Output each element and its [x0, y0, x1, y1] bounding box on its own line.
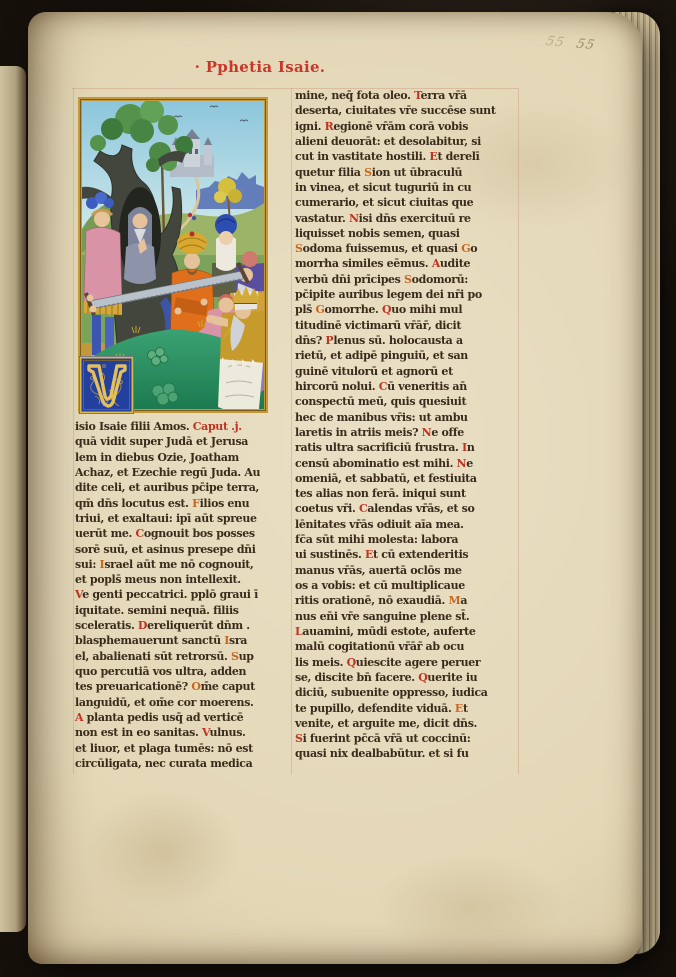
text-line: alieni deuorāt: et desolabitur, si — [295, 134, 519, 149]
text-line: venite, et arguite me, dicit dn̄s. — [295, 716, 519, 731]
text-line: lem in diebus Ozie, Joatham — [75, 450, 299, 465]
text-line: quo percutiā vos ultra, adden — [75, 664, 299, 679]
text-line: circūligata, nec curata medica — [75, 756, 299, 771]
text-column-left: isio Isaie filii Amos. Caput .j.quā vidi… — [75, 419, 299, 771]
text-line: coetus vr̄i. Calendas vr̄ās, et so — [295, 501, 519, 516]
text-line: hircorū nolui. Cū veneritis an̄ — [295, 379, 519, 394]
text-line: fc̄a sūt mihi molesta: labora — [295, 532, 519, 547]
text-line: igni. Regionē vr̄ām corā vobis — [295, 119, 519, 134]
text-line: tes alias non ferā. iniqui sunt — [295, 486, 519, 501]
text-line: qm̄ dn̄s locutus est. Filios enu — [75, 496, 299, 511]
illuminated-initial-V: V — [79, 356, 134, 414]
text-line: diciū, subuenite oppresso, iudica — [295, 685, 519, 700]
text-line: tes preuaricationē? Om̄e caput — [75, 679, 299, 694]
text-line: verbū dn̄i prīcipes Sodomorū: — [295, 272, 519, 287]
text-line: Si fuerint pc̄cā vr̄ā ut coccinū: — [295, 731, 519, 746]
text-line: omeniā, et sabbatū, et festiuita — [295, 471, 519, 486]
text-line: non est in eo sanitas. Vulnus. — [75, 725, 299, 740]
text-line: hec de manibus vr̄is: ut ambu — [295, 410, 519, 425]
text-line: sceleratis. Dereliquerūt dn̄m . — [75, 618, 299, 633]
text-line: dite celi, et auribus pc̄ipe terra, — [75, 480, 299, 495]
text-line: se, discite bn̄ facere. Querite iu — [295, 670, 519, 685]
text-line: pc̄ipite auribus legem dei nr̄i po — [295, 287, 519, 302]
text-line: A planta pedis usq̄ ad verticē — [75, 710, 299, 725]
text-line: laretis in atriis meis? Ne offe — [295, 425, 519, 440]
folio-number-dark: 55 — [575, 37, 597, 53]
text-line: guinē vitulorū et agnorū et — [295, 364, 519, 379]
initial-letter-text: V — [105, 395, 107, 397]
text-line: cumerario, et sicut ciuitas que — [295, 195, 519, 210]
text-line: Sodoma fuissemus, et quasi Go — [295, 241, 519, 256]
text-line: cut in vastitate hostili. Et derelī — [295, 149, 519, 164]
running-title: · Pphetia Isaie. — [150, 58, 370, 76]
text-line: blasphemauerunt sanctū Isra — [75, 633, 299, 648]
previous-page-edge — [0, 66, 26, 932]
text-line: iquitate. semini nequā. filiis — [75, 603, 299, 618]
text-line: os a vobis: et cū multiplicaue — [295, 578, 519, 593]
text-line: Ve genti peccatrici. pplō graui ī — [75, 587, 299, 602]
text-line: malū cogitationū vr̄ār̄ ab ocu — [295, 639, 519, 654]
prophet-isaiah-in-tree — [124, 207, 156, 284]
text-line: el, abalienati sūt retrorsū. Sup — [75, 649, 299, 664]
text-line: manus vr̄ās, auertā oclōs me — [295, 563, 519, 578]
text-line: sorē suū, et asinus presepe dn̄i — [75, 542, 299, 557]
text-line: mine, neq̄ fota oleo. Terra vr̄ā — [295, 88, 519, 103]
text-line: lis meis. Quiescite agere peruer — [295, 655, 519, 670]
text-line: titudinē victimarū vr̄ār̄, dicit — [295, 318, 519, 333]
text-line: quasi nix dealbabūtur. et si fu — [295, 746, 519, 761]
text-line: languidū, et om̄e cor moerens. — [75, 695, 299, 710]
manuscript-photo: { "page": { "running_title": "· Pphetia … — [0, 0, 676, 977]
text-line: et popls̄ meus non intellexit. — [75, 572, 299, 587]
text-line: morrha similes eēmus. Audite — [295, 256, 519, 271]
tiny-figure — [188, 213, 192, 217]
tiny-figure — [192, 216, 196, 220]
text-line: uerūt me. Cognouit bos posses — [75, 526, 299, 541]
text-line: et liuor, et plaga tumēs: nō est — [75, 741, 299, 756]
text-line: ritis orationē, nō exaudiā. Ma — [295, 593, 519, 608]
text-line: isio Isaie filii Amos. Caput .j. — [75, 419, 299, 434]
text-line: quetur filia Sion ut ūbraculū — [295, 165, 519, 180]
text-line: ratis ultra sacrificiū frustra. In — [295, 440, 519, 455]
text-line: sui: Israel aūt me nō cognouit, — [75, 557, 299, 572]
text-line: liquisset nobis semen, quasi — [295, 226, 519, 241]
text-line: ui sustinēs. Et cū extenderitis — [295, 547, 519, 562]
text-line: pls̄ Gomorrhe. Quo mihi mul — [295, 302, 519, 317]
text-line: rietū, et adipē pinguiū, et san — [295, 348, 519, 363]
text-line: Lauamini, mūdi estote, auferte — [295, 624, 519, 639]
text-line: vastatur. Nisi dn̄s exercituū re — [295, 211, 519, 226]
text-line: dn̄s? Plenus sū. holocausta a — [295, 333, 519, 348]
text-line: lēnitates vr̄ās odiuit aīa mea. — [295, 517, 519, 532]
folio-number-faint: 55 — [544, 34, 566, 50]
text-line: in vinea, et sicut tuguriū in cu — [295, 180, 519, 195]
text-line: quā vidit super Judā et Jerusa — [75, 434, 299, 449]
text-line: censū abominatio est mihi. Ne — [295, 456, 519, 471]
text-line: Achaz, et Ezechie regū Juda. Au — [75, 465, 299, 480]
text-line: conspectū meū, quis quesiuit — [295, 394, 519, 409]
text-line: deserta, ciuitates vr̄e succēse sunt — [295, 103, 519, 118]
ruling-line-left — [73, 88, 74, 774]
text-line: te pupillo, defendite viduā. Et — [295, 701, 519, 716]
text-line: nus en̄i vr̄e sanguine plene st̄. — [295, 609, 519, 624]
text-column-right: mine, neq̄ fota oleo. Terra vr̄ādeserta,… — [295, 88, 519, 762]
text-line: triui, et exaltaui: ipī aūt spreue — [75, 511, 299, 526]
